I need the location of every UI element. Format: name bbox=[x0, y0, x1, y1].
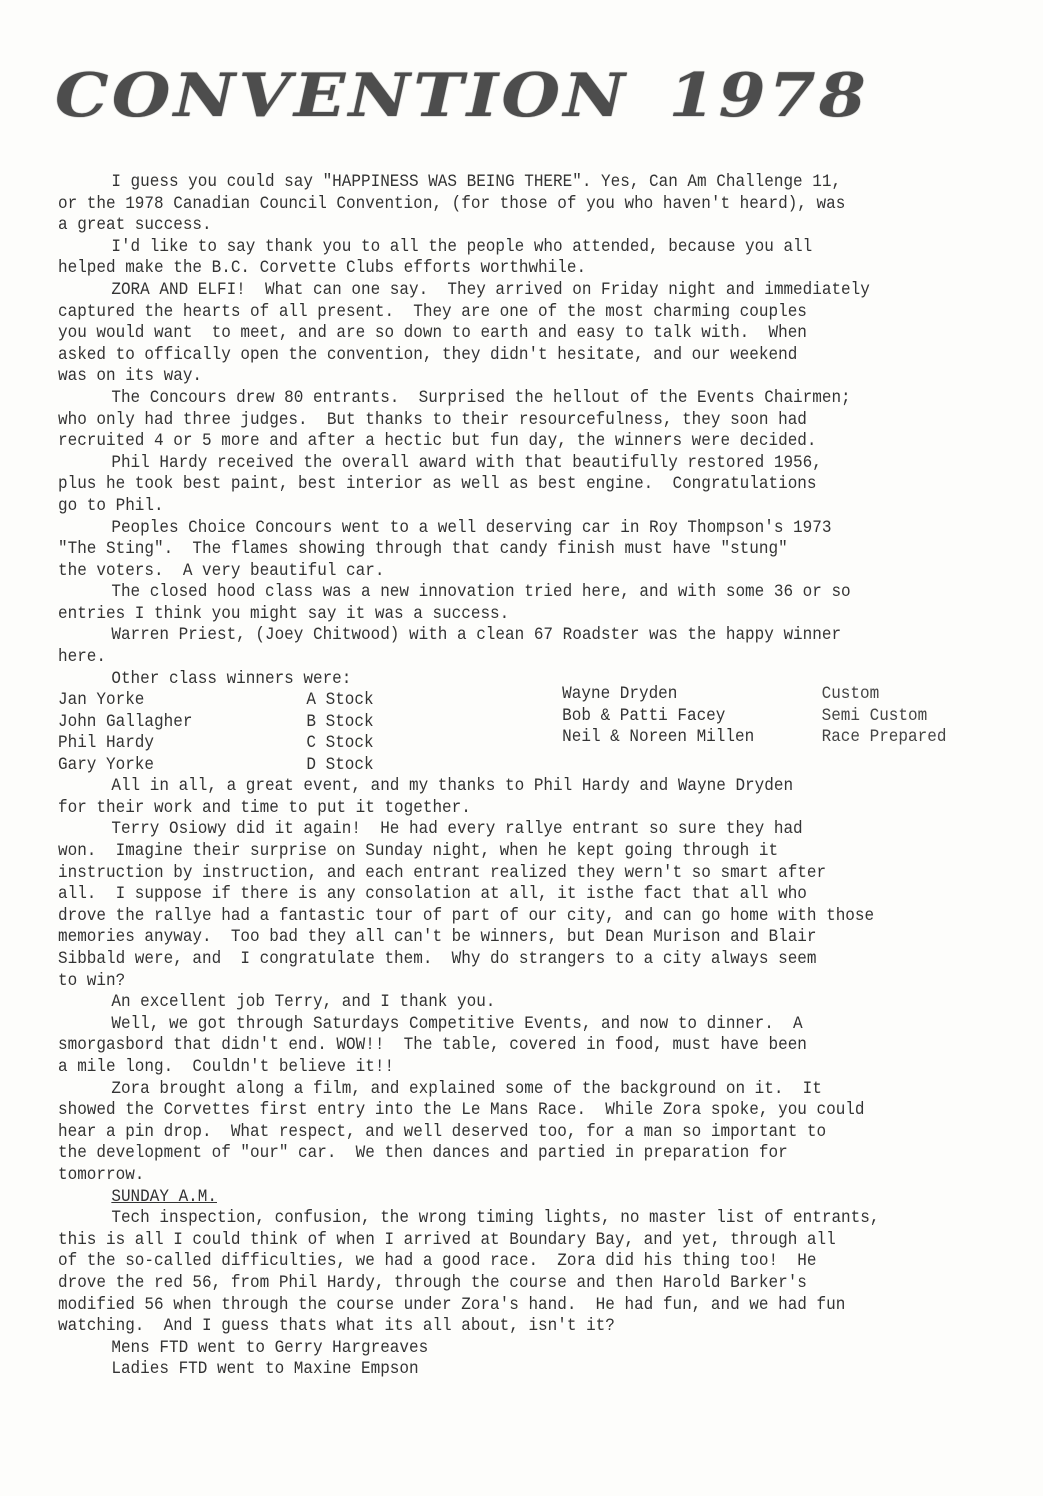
text-line: of the so-called difficulties, we had a … bbox=[58, 1251, 941, 1273]
text-line-content: An excellent job Terry, and I thank you. bbox=[111, 993, 495, 1012]
winner-name: Jan Yorke bbox=[58, 690, 192, 712]
text-line: the voters. A very beautiful car. bbox=[58, 561, 941, 583]
text-line: Ladies FTD went to Maxine Empson bbox=[58, 1359, 941, 1381]
paragraph: All in all, a great event, and my thanks… bbox=[58, 776, 941, 819]
text-line: I'd like to say thank you to all the peo… bbox=[58, 237, 941, 259]
text-line: all. I suppose if there is any consolati… bbox=[58, 884, 941, 906]
winners-right-names: Wayne DrydenBob & Patti FaceyNeil & Nore… bbox=[562, 684, 754, 749]
article-body: I guess you could say "HAPPINESS WAS BEI… bbox=[58, 172, 941, 1381]
paragraph: Zora brought along a film, and explained… bbox=[58, 1079, 941, 1187]
text-line: smorgasbord that didn't end. WOW!! The t… bbox=[58, 1035, 941, 1057]
paragraph: Tech inspection, confusion, the wrong ti… bbox=[58, 1208, 941, 1338]
winner-class: A Stock bbox=[306, 690, 373, 712]
text-line: hear a pin drop. What respect, and well … bbox=[58, 1122, 941, 1144]
text-line: won. Imagine their surprise on Sunday ni… bbox=[58, 841, 941, 863]
text-line: entries I think you might say it was a s… bbox=[58, 604, 941, 626]
winner-name: John Gallagher bbox=[58, 712, 192, 734]
text-line: watching. And I guess thats what its all… bbox=[58, 1316, 941, 1338]
text-line: Sibbald were, and I congratulate them. W… bbox=[58, 949, 941, 971]
text-line: Peoples Choice Concours went to a well d… bbox=[58, 518, 941, 540]
text-line: showed the Corvettes first entry into th… bbox=[58, 1100, 941, 1122]
paragraph: Well, we got through Saturdays Competiti… bbox=[58, 1014, 941, 1079]
text-line: a great success. bbox=[58, 215, 941, 237]
text-line-content: Peoples Choice Concours went to a well d… bbox=[111, 519, 831, 538]
text-line: this is all I could think of when I arri… bbox=[58, 1230, 941, 1252]
text-line: An excellent job Terry, and I thank you. bbox=[58, 992, 941, 1014]
page-title: CONVENTION1978 bbox=[55, 66, 869, 126]
paragraph: ZORA AND ELFI! What can one say. They ar… bbox=[58, 280, 941, 388]
sunday-heading-row: SUNDAY A.M. bbox=[58, 1187, 941, 1209]
paragraph: An excellent job Terry, and I thank you. bbox=[58, 992, 941, 1014]
text-line: Phil Hardy received the overall award wi… bbox=[58, 453, 941, 475]
paragraph: Terry Osiowy did it again! He had every … bbox=[58, 819, 941, 992]
text-line-content: The closed hood class was a new innovati… bbox=[111, 583, 850, 602]
winner-name: Neil & Noreen Millen bbox=[562, 727, 754, 749]
text-line-content: Mens FTD went to Gerry Hargreaves bbox=[111, 1339, 428, 1358]
paragraph: The closed hood class was a new innovati… bbox=[58, 582, 941, 625]
text-line: The Concours drew 80 entrants. Surprised… bbox=[58, 388, 941, 410]
text-line: "The Sting". The flames showing through … bbox=[58, 539, 941, 561]
text-line-content: I'd like to say thank you to all the peo… bbox=[111, 238, 812, 257]
intro-section: I guess you could say "HAPPINESS WAS BEI… bbox=[58, 172, 941, 690]
text-line: tomorrow. bbox=[58, 1165, 941, 1187]
paragraph: I'd like to say thank you to all the peo… bbox=[58, 237, 941, 280]
winner-name: Phil Hardy bbox=[58, 733, 192, 755]
paragraph: Other class winners were: bbox=[58, 669, 941, 691]
winners-left-names: Jan YorkeJohn GallagherPhil HardyGary Yo… bbox=[58, 690, 192, 776]
text-line: here. bbox=[58, 647, 941, 669]
title-word: CONVENTION bbox=[55, 61, 628, 131]
paragraph: Warren Priest, (Joey Chitwood) with a cl… bbox=[58, 625, 941, 668]
text-line: was on its way. bbox=[58, 366, 941, 388]
paragraph: The Concours drew 80 entrants. Surprised… bbox=[58, 388, 941, 453]
winner-class: Race Prepared bbox=[822, 727, 947, 749]
title-year: 1978 bbox=[669, 61, 869, 131]
text-line-content: Ladies FTD went to Maxine Empson bbox=[111, 1360, 418, 1379]
text-line: Tech inspection, confusion, the wrong ti… bbox=[58, 1208, 941, 1230]
sunday-section: Tech inspection, confusion, the wrong ti… bbox=[58, 1208, 941, 1381]
text-line-content: ZORA AND ELFI! What can one say. They ar… bbox=[111, 281, 869, 300]
text-line: captured the hearts of all present. They… bbox=[58, 302, 941, 324]
text-line-content: Well, we got through Saturdays Competiti… bbox=[111, 1015, 802, 1034]
text-line: Mens FTD went to Gerry Hargreaves bbox=[58, 1338, 941, 1360]
text-line: who only had three judges. But thanks to… bbox=[58, 410, 941, 432]
text-line: memories anyway. Too bad they all can't … bbox=[58, 927, 941, 949]
text-line-content: Tech inspection, confusion, the wrong ti… bbox=[111, 1209, 879, 1228]
winner-class: D Stock bbox=[306, 755, 373, 777]
paragraph: Ladies FTD went to Maxine Empson bbox=[58, 1359, 941, 1381]
text-line: modified 56 when through the course unde… bbox=[58, 1295, 941, 1317]
text-line-content: Warren Priest, (Joey Chitwood) with a cl… bbox=[111, 626, 841, 645]
text-line: a mile long. Couldn't believe it!! bbox=[58, 1057, 941, 1079]
paragraph: Phil Hardy received the overall award wi… bbox=[58, 453, 941, 518]
winner-name: Gary Yorke bbox=[58, 755, 192, 777]
rest-section: All in all, a great event, and my thanks… bbox=[58, 776, 941, 1186]
text-line: recruited 4 or 5 more and after a hectic… bbox=[58, 431, 941, 453]
text-line: drove the red 56, from Phil Hardy, throu… bbox=[58, 1273, 941, 1295]
text-line: go to Phil. bbox=[58, 496, 941, 518]
text-line: Other class winners were: bbox=[58, 669, 941, 691]
text-line: you would want to meet, and are so down … bbox=[58, 323, 941, 345]
text-line: Terry Osiowy did it again! He had every … bbox=[58, 819, 941, 841]
text-line: The closed hood class was a new innovati… bbox=[58, 582, 941, 604]
text-line: asked to offically open the convention, … bbox=[58, 345, 941, 367]
winner-class: Semi Custom bbox=[822, 706, 947, 728]
winner-class: C Stock bbox=[306, 733, 373, 755]
text-line-content: Phil Hardy received the overall award wi… bbox=[111, 454, 821, 473]
text-line: I guess you could say "HAPPINESS WAS BEI… bbox=[58, 172, 941, 194]
text-line-content: I guess you could say "HAPPINESS WAS BEI… bbox=[111, 173, 841, 192]
class-winners-table: Jan YorkeJohn GallagherPhil HardyGary Yo… bbox=[58, 690, 941, 776]
text-line-content: Terry Osiowy did it again! He had every … bbox=[111, 820, 802, 839]
text-line: plus he took best paint, best interior a… bbox=[58, 474, 941, 496]
text-line: instruction by instruction, and each ent… bbox=[58, 863, 941, 885]
text-line-content: Zora brought along a film, and explained… bbox=[111, 1080, 821, 1099]
text-line: ZORA AND ELFI! What can one say. They ar… bbox=[58, 280, 941, 302]
winners-left-classes: A StockB StockC StockD Stock bbox=[306, 690, 373, 776]
winner-name: Wayne Dryden bbox=[562, 684, 754, 706]
winners-right-classes: CustomSemi CustomRace Prepared bbox=[822, 684, 947, 749]
winner-class: Custom bbox=[822, 684, 947, 706]
text-line-content: Other class winners were: bbox=[111, 670, 351, 689]
text-line-content: All in all, a great event, and my thanks… bbox=[111, 777, 793, 796]
text-line: the development of "our" car. We then da… bbox=[58, 1143, 941, 1165]
text-line: helped make the B.C. Corvette Clubs effo… bbox=[58, 258, 941, 280]
text-line: drove the rallye had a fantastic tour of… bbox=[58, 906, 941, 928]
paragraph: Mens FTD went to Gerry Hargreaves bbox=[58, 1338, 941, 1360]
text-line: to win? bbox=[58, 971, 941, 993]
text-line: All in all, a great event, and my thanks… bbox=[58, 776, 941, 798]
section-heading-sunday: SUNDAY A.M. bbox=[111, 1188, 217, 1207]
winner-name: Bob & Patti Facey bbox=[562, 706, 754, 728]
winner-class: B Stock bbox=[306, 712, 373, 734]
text-line-content: The Concours drew 80 entrants. Surprised… bbox=[111, 389, 850, 408]
text-line: Zora brought along a film, and explained… bbox=[58, 1079, 941, 1101]
text-line: or the 1978 Canadian Council Convention,… bbox=[58, 194, 941, 216]
paragraph: Peoples Choice Concours went to a well d… bbox=[58, 518, 941, 583]
text-line: for their work and time to put it togeth… bbox=[58, 798, 941, 820]
text-line: Well, we got through Saturdays Competiti… bbox=[58, 1014, 941, 1036]
paragraph: I guess you could say "HAPPINESS WAS BEI… bbox=[58, 172, 941, 237]
text-line: Warren Priest, (Joey Chitwood) with a cl… bbox=[58, 625, 941, 647]
